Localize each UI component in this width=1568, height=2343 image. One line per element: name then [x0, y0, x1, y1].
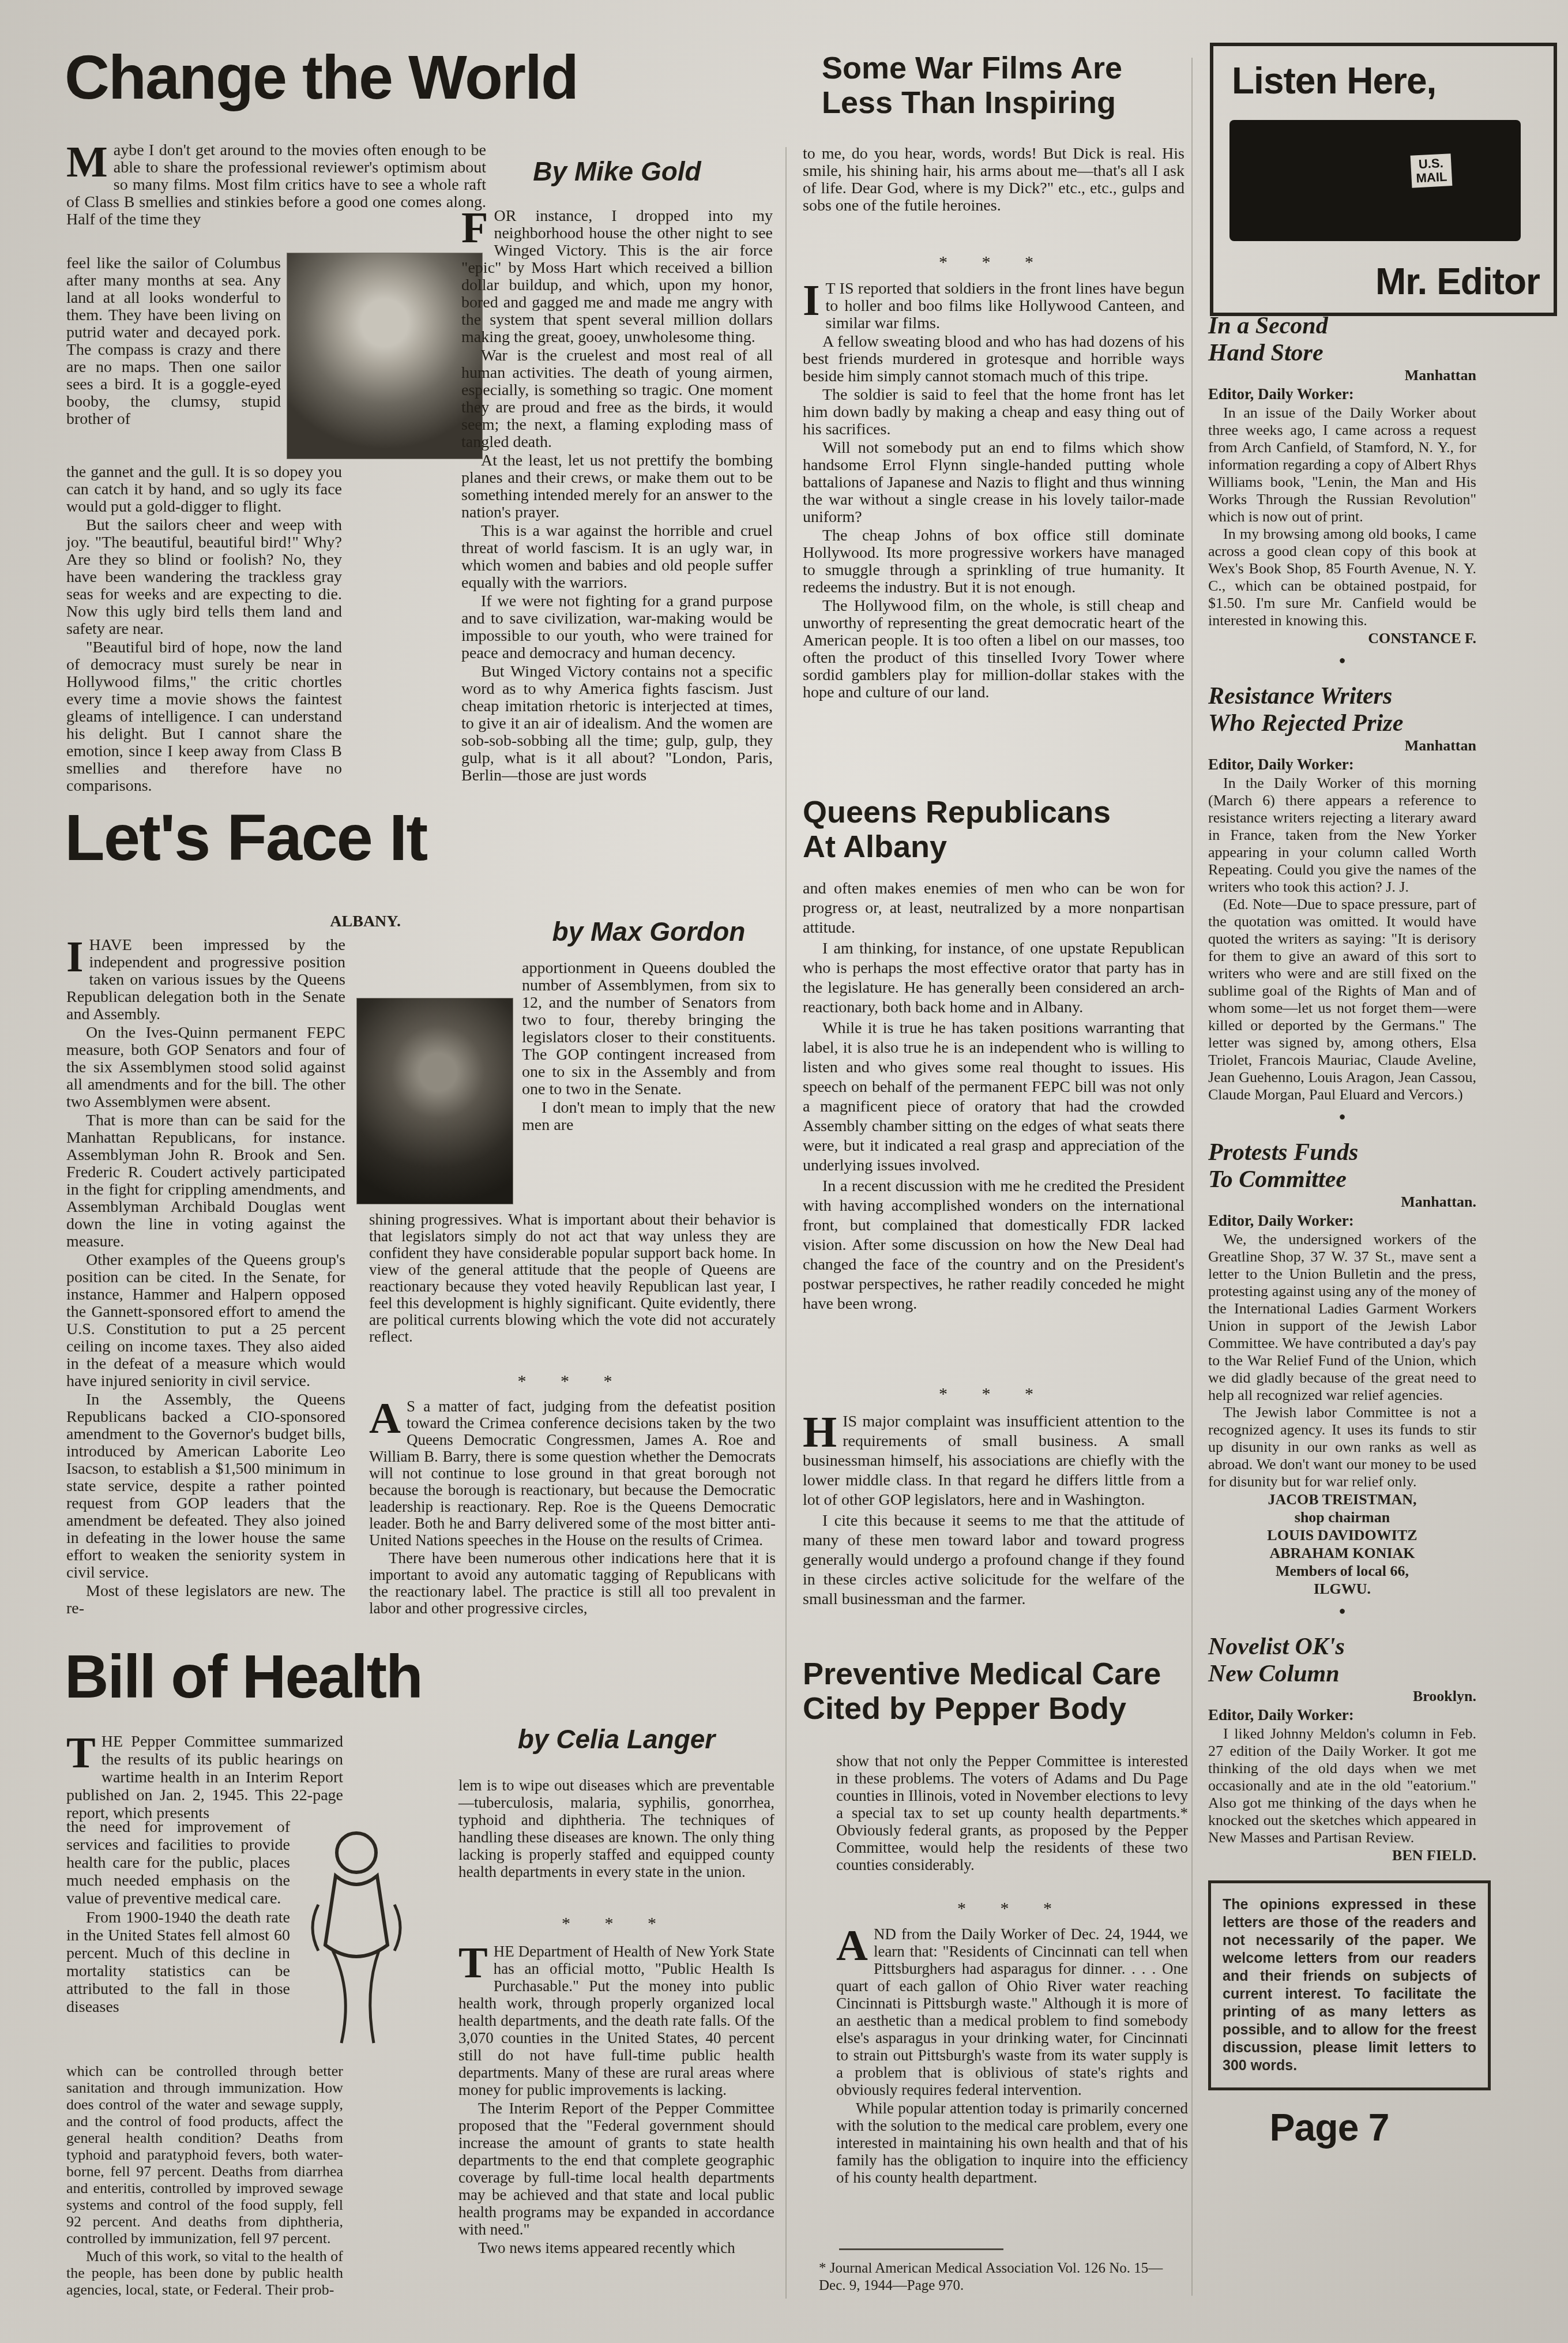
paragraph: FOR instance, I dropped into my neighbor…	[461, 208, 773, 346]
letter-dateline: Brooklyn.	[1208, 1688, 1476, 1705]
gold-col1-beside-photo: feel like the sailor of Columbus after m…	[66, 255, 281, 429]
mailbox-illustration: U.S. MAIL	[1229, 120, 1521, 241]
paragraph: I cite this because it seems to me that …	[803, 1511, 1185, 1609]
letter-dateline: Manhattan	[1208, 367, 1476, 384]
star-divider: * * *	[803, 1384, 1185, 1404]
paragraph: At the least, let us not prettify the bo…	[461, 452, 773, 521]
paragraph: feel like the sailor of Columbus after m…	[66, 255, 281, 428]
pepper-paras1: show that not only the Pepper Committee …	[836, 1752, 1188, 1875]
paragraph: In a recent discussion with me he credit…	[803, 1177, 1185, 1314]
letter-heading: Novelist OK's New Column	[1208, 1634, 1476, 1688]
section-bullet: ●	[1208, 653, 1476, 668]
letter-resistance-writers: Resistance Writers Who Rejected Prize Ma…	[1208, 683, 1476, 1124]
us-mail-label: U.S. MAIL	[1411, 153, 1453, 188]
paragraph: JACOB TREISTMAN,	[1208, 1490, 1476, 1508]
star-divider: * * *	[369, 1372, 776, 1391]
health-col1-c: which can be controlled through better s…	[66, 2063, 343, 2299]
byline-celia-langer: by Celia Langer	[458, 1724, 774, 1755]
paragraph: ABRAHAM KONIAK	[1208, 1544, 1476, 1562]
queens-paras1: and often makes enemies of men who can b…	[803, 879, 1185, 1315]
paragraph: apportionment in Queens doubled the numb…	[522, 960, 776, 1098]
paragraph: Members of local 66,	[1208, 1562, 1476, 1580]
paragraph: But Winged Victory contains not a specif…	[461, 663, 773, 784]
byline-mike-gold: By Mike Gold	[461, 156, 773, 187]
paragraph: I liked Johnny Meldon's column in Feb. 2…	[1208, 1725, 1476, 1846]
paragraph: The Hollywood film, on the whole, is sti…	[803, 598, 1185, 701]
letter-salutation: Editor, Daily Worker:	[1208, 1212, 1476, 1230]
paragraph: If we were not fighting for a grand purp…	[461, 593, 773, 662]
letter-novelist-oks: Novelist OK's New Column Brooklyn. Edito…	[1208, 1634, 1476, 1864]
mr-editor-title: Mr. Editor	[1375, 263, 1540, 300]
byline-max-gordon: by Max Gordon	[522, 916, 776, 947]
letter-heading: In a Second Hand Store	[1208, 313, 1476, 367]
paragraph: There have been numerous other indicatio…	[369, 1550, 776, 1617]
paragraph: I am thinking, for instance, of one upst…	[803, 939, 1185, 1017]
face-col1: I HAVE been impressed by the independent…	[66, 937, 345, 1619]
face-col2-below-photo: shining progressives. What is important …	[369, 1211, 776, 1346]
heading-preventive-medical-care: Preventive Medical Care Cited by Pepper …	[803, 1657, 1172, 1726]
face-col2-beside-photo: apportionment in Queens doubled the numb…	[522, 960, 776, 1135]
health-col1-a: THE Pepper Committee summarized the resu…	[66, 1733, 343, 1823]
gold-col1-below-photo: the gannet and the gull. It is so dopey …	[66, 464, 342, 796]
letter-second-hand-store: In a Second Hand Store Manhattan Editor,…	[1208, 313, 1476, 668]
paragraph: A fellow sweating blood and who has had …	[803, 333, 1185, 385]
paragraph: War is the cruelest and most real of all…	[461, 347, 773, 451]
paragraph: IT IS reported that soldiers in the fron…	[803, 280, 1185, 332]
photo-mike-gold	[287, 253, 483, 459]
heading-some-war-films: Some War Films Are Less Than Inspiring	[822, 51, 1174, 120]
paragraph: In the Assembly, the Queens Republicans …	[66, 1391, 345, 1582]
paragraph: From 1900-1940 the death rate in the Uni…	[66, 1909, 290, 2016]
letter-heading: Protests Funds To Committee	[1208, 1139, 1476, 1193]
headline-change-the-world: Change the World	[65, 46, 578, 108]
paragraph: The soldier is said to feel that the hom…	[803, 386, 1185, 438]
letter-salutation: Editor, Daily Worker:	[1208, 1706, 1476, 1724]
paragraph: CONSTANCE F.	[1208, 629, 1476, 647]
listen-here-title: Listen Here,	[1232, 62, 1436, 99]
illustration-sketch	[301, 1818, 412, 2056]
paragraph: lem is to wipe out diseases which are pr…	[458, 1777, 774, 1880]
paragraph: HIS major complaint was insufficient att…	[803, 1412, 1185, 1510]
paragraph: Much of this work, so vital to the healt…	[66, 2248, 343, 2298]
letter-body: In the Daily Worker of this morning (Mar…	[1208, 775, 1476, 1103]
star-divider: * * *	[803, 253, 1185, 272]
opinions-disclaimer-box: The opinions expressed in these letters …	[1208, 1880, 1491, 2090]
paragraph: This is a war against the horrible and c…	[461, 523, 773, 592]
paragraph: While popular attention today is primari…	[836, 2100, 1188, 2186]
paragraph: shop chairman	[1208, 1508, 1476, 1526]
dateline-albany: ALBANY.	[66, 913, 401, 931]
health-col1-b: the need for improvement of services and…	[66, 1818, 290, 2017]
paragraph: Will not somebody put an end to films wh…	[803, 440, 1185, 526]
letter-signature: JACOB TREISTMAN,shop chairmanLOUIS DAVID…	[1208, 1490, 1476, 1598]
paragraph: In an issue of the Daily Worker about th…	[1208, 404, 1476, 525]
letter-protests-funds: Protests Funds To Committee Manhattan. E…	[1208, 1139, 1476, 1619]
letter-salutation: Editor, Daily Worker:	[1208, 756, 1476, 774]
paragraph: THE Pepper Committee summarized the resu…	[66, 1733, 343, 1822]
paragraph: AS a matter of fact, judging from the de…	[369, 1398, 776, 1549]
paragraph: ILGWU.	[1208, 1580, 1476, 1598]
letter-body: We, the undersigned workers of the Great…	[1208, 1231, 1476, 1490]
paragraph: and often makes enemies of men who can b…	[803, 879, 1185, 938]
health-col2-a: lem is to wipe out diseases which are pr…	[458, 1777, 774, 1882]
paragraph: (Ed. Note—Due to space pressure, part of…	[1208, 896, 1476, 1103]
paragraph: "Beautiful bird of hope, now the land of…	[66, 639, 342, 795]
paragraph: But the sailors cheer and weep with joy.…	[66, 517, 342, 638]
heading-queens-republicans: Queens Republicans At Albany	[803, 795, 1185, 864]
paragraph: Two news items appeared recently which	[458, 2239, 774, 2256]
letter-body: I liked Johnny Meldon's column in Feb. 2…	[1208, 1725, 1476, 1846]
star-divider: * * *	[836, 1899, 1188, 1918]
paragraph: In my browsing among old books, I came a…	[1208, 525, 1476, 629]
paragraph: shining progressives. What is important …	[369, 1211, 776, 1345]
column-rule	[785, 147, 787, 2299]
paragraph: show that not only the Pepper Committee …	[836, 1752, 1188, 1873]
headline-bill-of-health: Bill of Health	[65, 1646, 422, 1707]
paragraph: I don't mean to imply that the new men a…	[522, 1099, 776, 1134]
paragraph: LOUIS DAVIDOWITZ	[1208, 1526, 1476, 1544]
paragraph: I HAVE been impressed by the independent…	[66, 937, 345, 1023]
paragraph: Maybe I don't get around to the movies o…	[66, 142, 486, 228]
paragraph: The Jewish labor Committee is not a reco…	[1208, 1404, 1476, 1490]
letters-column: In a Second Hand Store Manhattan Editor,…	[1208, 313, 1476, 2149]
warfilms-paras1: to me, do you hear, words, words! But Di…	[803, 145, 1185, 216]
paragraph: The cheap Johns of box office still domi…	[803, 527, 1185, 596]
letter-signature: BEN FIELD.	[1208, 1846, 1476, 1864]
section-bullet: ●	[1208, 1604, 1476, 1619]
gold-col2: FOR instance, I dropped into my neighbor…	[461, 208, 773, 786]
face-col2-part2: AS a matter of fact, judging from the de…	[369, 1398, 776, 1618]
health-col2-b: THE Department of Health of New York Sta…	[458, 1943, 774, 2258]
paragraph: That is more than can be said for the Ma…	[66, 1112, 345, 1251]
paragraph: The Interim Report of the Pepper Committ…	[458, 2100, 774, 2238]
paragraph: Other examples of the Queens group's pos…	[66, 1252, 345, 1390]
letter-body: In an issue of the Daily Worker about th…	[1208, 404, 1476, 629]
column-rule	[1191, 58, 1193, 2296]
letter-dateline: Manhattan.	[1208, 1193, 1476, 1211]
letter-salutation: Editor, Daily Worker:	[1208, 385, 1476, 403]
gold-intro: Maybe I don't get around to the movies o…	[66, 142, 486, 230]
paragraph: the gannet and the gull. It is so dopey …	[66, 464, 342, 516]
paragraph: the need for improvement of services and…	[66, 1818, 290, 1908]
listen-here-box: Listen Here, U.S. MAIL Mr. Editor	[1210, 43, 1557, 316]
paragraph: to me, do you hear, words, words! But Di…	[803, 145, 1185, 215]
paragraph: THE Department of Health of New York Sta…	[458, 1943, 774, 2098]
letter-signature: CONSTANCE F.	[1208, 629, 1476, 647]
paragraph: In the Daily Worker of this morning (Mar…	[1208, 775, 1476, 896]
footnote-rule	[839, 2248, 1003, 2250]
queens-paras2: HIS major complaint was insufficient att…	[803, 1412, 1185, 1610]
page-number: Page 7	[1208, 2105, 1450, 2149]
paragraph: AND from the Daily Worker of Dec. 24, 19…	[836, 1925, 1188, 2098]
footnote-jama: * Journal American Medical Association V…	[819, 2260, 1188, 2295]
letter-dateline: Manhattan	[1208, 737, 1476, 754]
paragraph: BEN FIELD.	[1208, 1846, 1476, 1864]
star-divider: * * *	[458, 1914, 774, 1933]
paragraph: Most of these legislators are new. The r…	[66, 1583, 345, 1617]
paragraph: We, the undersigned workers of the Great…	[1208, 1231, 1476, 1404]
pepper-paras2: AND from the Daily Worker of Dec. 24, 19…	[836, 1925, 1188, 2187]
letter-heading: Resistance Writers Who Rejected Prize	[1208, 683, 1476, 737]
paragraph: which can be controlled through better s…	[66, 2063, 343, 2247]
section-bullet: ●	[1208, 1109, 1476, 1124]
newspaper-page: Change the World Maybe I don't get aroun…	[0, 0, 1568, 2343]
headline-lets-face-it: Let's Face It	[65, 805, 427, 871]
photo-max-gordon	[356, 998, 513, 1204]
paragraph: On the Ives-Quinn permanent FEPC measure…	[66, 1024, 345, 1111]
warfilms-paras2: IT IS reported that soldiers in the fron…	[803, 280, 1185, 703]
paragraph: While it is true he has taken positions …	[803, 1019, 1185, 1176]
